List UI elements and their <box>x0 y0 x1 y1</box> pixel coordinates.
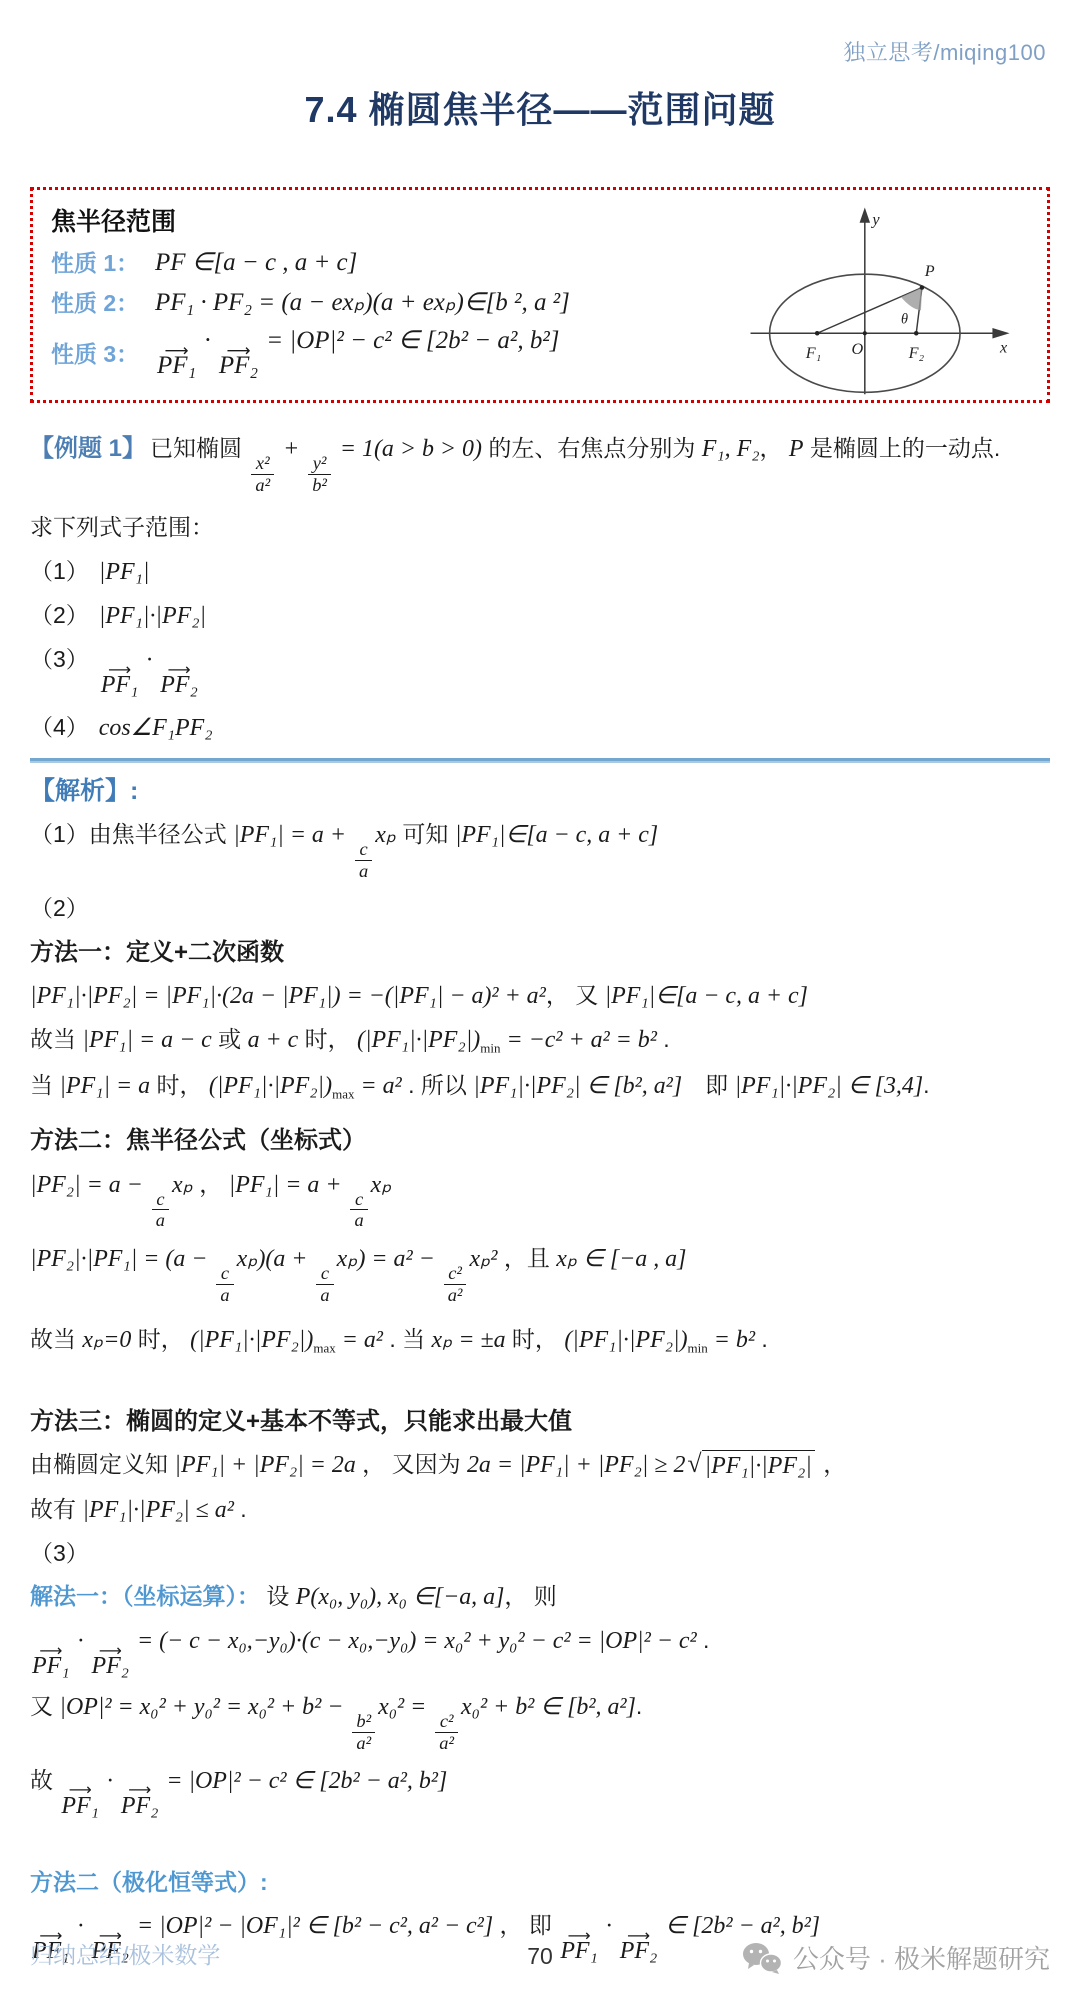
ellipse-figure: y x P θ O F₁ F₂ <box>731 198 1031 398</box>
example-item-number: （3） <box>30 646 89 672</box>
vector-term: ⟶PF₂ <box>121 1786 159 1818</box>
radical-icon: √ <box>687 1450 701 1477</box>
text-segment: . <box>697 1627 710 1653</box>
fraction-numerator: c <box>356 839 372 860</box>
analysis-line: （1）由焦半径公式 |PF₁| = a + caxₚ 可知 |PF₁|∈[a −… <box>30 820 1050 881</box>
analysis-line: （2） <box>30 894 1050 924</box>
fraction-numerator: c <box>351 1189 367 1210</box>
text-segment: 当 <box>30 1072 59 1098</box>
math-segment: xₚ² <box>469 1246 497 1272</box>
math-segment: xₚ)(a + <box>237 1246 314 1272</box>
text-segment: 方法一：定义+二次函数 <box>30 939 284 966</box>
text-segment: 由椭圆定义知 <box>30 1451 174 1477</box>
math-segment: = |OP|² − c² ∈ [2b² − a², b²] <box>260 327 559 354</box>
math-segment: xₚ=0 <box>82 1327 131 1353</box>
text-segment: 方法二：焦半径公式（坐标式） <box>30 1127 366 1154</box>
math-segment: · <box>101 1768 119 1794</box>
fraction-numerator: c² <box>444 1263 466 1284</box>
label-f2: F₂ <box>908 344 925 362</box>
text-segment: 或 <box>212 1026 248 1052</box>
text-segment: 是椭圆上的一动点. <box>804 435 1001 461</box>
text-segment: 时， <box>150 1072 209 1098</box>
math-segment: xₚ <box>371 1172 392 1198</box>
example-intro: 【例题 1】已知椭圆 x²a² + y²b² = 1(a > b > 0) 的左… <box>30 433 1050 495</box>
math-segment: (|PF₁|·|PF₂|) <box>564 1327 687 1353</box>
sub-label: min <box>688 1341 708 1356</box>
wechat-icon <box>741 1941 783 1975</box>
math-segment: = a² <box>336 1327 383 1353</box>
text-segment: 又 <box>30 1693 59 1719</box>
page-number: 70 <box>527 1943 553 1970</box>
analysis-line: 又 |OP|² = x₀² + y₀² = x₀² + b² − b²a²x₀²… <box>30 1692 1050 1753</box>
fraction: ca <box>316 1263 333 1305</box>
analysis-line: 当 |PF₁| = a 时， (|PF₁|·|PF₂|)max = a² . 所… <box>30 1071 1050 1103</box>
analysis-tag: 【解析】: <box>30 771 1050 807</box>
example-item: （1）|PF₁| <box>30 553 1050 586</box>
label-f1: F₁ <box>805 344 822 362</box>
sub-label: max <box>313 1341 335 1356</box>
inline-heading: 方法二（极化恒等式）: <box>30 1869 268 1895</box>
math-segment: |PF₁| + |PF₂| = 2a <box>174 1452 355 1478</box>
math-segment: x₀² + b² ∈ [b², a²] <box>461 1694 636 1720</box>
text-segment: 时， <box>298 1026 357 1052</box>
vector-term: ⟶PF₂ <box>160 666 198 698</box>
math-segment: = (− c − x₀,−y₀)·(c − x₀,−y₀) = x₀² + y₀… <box>131 1628 697 1654</box>
text-segment: 时， <box>506 1326 565 1352</box>
example-prompt: 求下列式子范围： <box>30 509 1050 542</box>
fraction: ca <box>216 1263 233 1305</box>
analysis-line: 方法一：定义+二次函数 <box>30 937 1050 968</box>
text-segment: ， 则 <box>504 1583 556 1609</box>
text-segment: ， <box>193 1171 229 1197</box>
text-segment: （2） <box>30 895 89 921</box>
math-segment: |PF₁| = a − c <box>82 1027 211 1053</box>
label-x: x <box>999 338 1008 356</box>
example-intro-text: 已知椭圆 x²a² + y²b² = 1(a > b > 0) 的左、右焦点分别… <box>150 435 1000 461</box>
fraction-numerator: y² <box>309 453 331 474</box>
math-segment: |PF₁|·|PF₂| = |PF₁|·(2a − |PF₁|) = −(|PF… <box>30 983 546 1009</box>
text-segment: 故当 <box>30 1026 82 1052</box>
point-p <box>920 285 925 290</box>
vector-body: PF₁ <box>61 1795 99 1819</box>
math-segment: x₀² = <box>378 1694 432 1720</box>
vector-term: ⟶PF₂ <box>219 346 258 379</box>
example-item-number: （1） <box>30 558 89 584</box>
math-segment: xₚ ∈ [−a , a] <box>556 1246 686 1272</box>
footer-account-label: 公众号 · 极米解题研究 <box>793 1939 1050 1976</box>
analysis-line: 故当 |PF₁| = a − c 或 a + c 时， (|PF₁|·|PF₂|… <box>30 1025 1050 1057</box>
vector-term: ⟶PF₁ <box>101 666 139 698</box>
analysis-line: （3） <box>30 1539 1050 1569</box>
fraction-denominator: b² <box>308 474 331 496</box>
text-segment: （3） <box>30 1540 89 1566</box>
vector-term: ⟶PF₂ <box>91 1647 129 1679</box>
text-segment: （1）由焦半径公式 <box>30 821 233 847</box>
math-segment: P(x₀, y₀), x₀ ∈[−a, a] <box>296 1584 505 1610</box>
math-segment: (|PF₁|·|PF₂|) <box>190 1327 313 1353</box>
math-segment: · <box>140 647 158 673</box>
y-axis-arrow <box>860 208 870 223</box>
math-segment: cos∠F₁PF₂ <box>99 715 213 741</box>
analysis-line: |PF₂| = a − caxₚ ， |PF₁| = a + caxₚ <box>30 1170 1050 1231</box>
math-segment: |PF₁| <box>99 559 150 585</box>
text-segment: 故 <box>30 1767 59 1793</box>
analysis-line: 解法一：（坐标运算）： 设 P(x₀, y₀), x₀ ∈[−a, a]， 则 <box>30 1582 1050 1613</box>
math-segment: (|PF₁|·|PF₂|) <box>209 1073 332 1099</box>
property-label: 性质 2： <box>51 285 155 318</box>
math-segment: |PF₂|·|PF₁| = (a − <box>30 1246 213 1272</box>
fraction-numerator: c <box>317 1263 333 1284</box>
fraction-numerator: b² <box>352 1711 375 1732</box>
sub-label: max <box>332 1087 354 1102</box>
math-segment: |PF₁|·|PF₂| ∈ [3,4] <box>735 1073 924 1099</box>
fraction: x²a² <box>251 453 274 495</box>
math-segment: PF₁ · PF₂ = (a − exₚ)(a + exₚ)∈[b ², a ²… <box>155 289 570 316</box>
vector-body: PF₁ <box>101 674 139 698</box>
analysis-line: 由椭圆定义知 |PF₁| + |PF₂| = 2a ， 又因为 2a = |PF… <box>30 1450 1050 1482</box>
math-segment: xₚ <box>172 1172 193 1198</box>
math-segment: 2a = |PF₁| + |PF₂| ≥ 2 <box>467 1452 685 1478</box>
label-p: P <box>924 262 935 280</box>
inline-heading: 解法一：（坐标运算）： <box>30 1583 260 1609</box>
property-label: 性质 3： <box>51 336 155 369</box>
math-segment: · <box>198 327 217 354</box>
analysis-line: 方法三：椭圆的定义+基本不等式，只能求出最大值 <box>30 1406 1050 1437</box>
example-item-number: （2） <box>30 602 89 628</box>
example-tag: 【例题 1】 <box>30 435 146 462</box>
fraction-numerator: c <box>217 1263 233 1284</box>
point-f2 <box>914 331 919 336</box>
math-segment: |PF₁| = a + <box>229 1172 348 1198</box>
analysis-line: |PF₁|·|PF₂| = |PF₁|·(2a − |PF₁|) = −(|PF… <box>30 981 1050 1012</box>
math-segment: = a² <box>355 1073 402 1099</box>
fraction-denominator: a <box>216 1284 233 1306</box>
ellipse-diagram: y x P θ O F₁ F₂ <box>731 198 1031 403</box>
math-segment: xₚ) = a² − <box>337 1246 441 1272</box>
fraction: ca <box>152 1189 169 1231</box>
sqrt-body: |PF₁|·|PF₂| <box>702 1450 815 1482</box>
vector-body: PF₂ <box>121 1795 159 1819</box>
fraction-denominator: a <box>350 1209 367 1231</box>
fraction-numerator: x² <box>252 453 274 474</box>
fraction-denominator: a <box>316 1284 333 1306</box>
math-segment: F₁, F₂ <box>702 436 760 462</box>
vector-term: ⟶PF₁ <box>32 1647 70 1679</box>
math-segment: xₚ <box>375 822 396 848</box>
fraction-numerator: c² <box>436 1711 458 1732</box>
text-segment: 可知 <box>396 821 455 847</box>
fraction-denominator: a² <box>435 1732 458 1754</box>
fraction: y²b² <box>308 453 331 495</box>
fraction: c²a² <box>435 1711 458 1753</box>
math-segment: |PF₁| = a <box>59 1073 150 1099</box>
text-segment: 方法三：椭圆的定义+基本不等式，只能求出最大值 <box>30 1408 572 1435</box>
property-label: 性质 1： <box>51 245 155 278</box>
analysis-lines: （1）由焦半径公式 |PF₁| = a + caxₚ 可知 |PF₁|∈[a −… <box>30 820 1050 1964</box>
text-segment: . <box>657 1026 670 1052</box>
math-segment: |PF₁|·|PF₂| <box>99 603 206 629</box>
math-segment: |PF₁| = a + <box>233 822 352 848</box>
math-segment: = 1(a > b > 0) <box>334 436 482 462</box>
sub-label: min <box>480 1041 500 1056</box>
text-segment: ， 又因为 <box>356 1451 467 1477</box>
example-item: （2）|PF₁|·|PF₂| <box>30 597 1050 630</box>
example-section: 【例题 1】已知椭圆 x²a² + y²b² = 1(a > b > 0) 的左… <box>30 433 1050 742</box>
example-item-list: （1）|PF₁|（2）|PF₁|·|PF₂|（3）⟶PF₁ · ⟶PF₂（4）c… <box>30 553 1050 741</box>
footer-source: 归纳总结/极米数学 <box>30 1937 220 1970</box>
math-segment: (|PF₁|·|PF₂|) <box>357 1027 480 1053</box>
math-segment: = −c² + a² = b² <box>500 1027 656 1053</box>
property-formula: PF ∈[a − c , a + c] <box>155 247 357 277</box>
analysis-line: 故有 |PF₁|·|PF₂| ≤ a² . <box>30 1495 1050 1526</box>
section-divider <box>30 758 1050 763</box>
text-segment: . <box>234 1496 247 1522</box>
math-segment: |OP|² = x₀² + y₀² = x₀² + b² − <box>59 1694 349 1720</box>
text-segment: . <box>923 1072 929 1098</box>
vector-body: PF₁ <box>157 354 196 379</box>
vector-term: ⟶PF₁ <box>61 1786 99 1818</box>
vector-body: PF₂ <box>91 1655 129 1679</box>
fraction-denominator: a² <box>444 1284 467 1306</box>
example-item: （3）⟶PF₁ · ⟶PF₂ <box>30 641 1050 697</box>
text-segment: . <box>755 1326 768 1352</box>
x-axis-arrow <box>992 328 1009 338</box>
footer-account: 公众号 · 极米解题研究 <box>741 1939 1050 1976</box>
text-segment: . <box>636 1693 642 1719</box>
math-segment: PF ∈[a − c , a + c] <box>155 249 357 276</box>
fraction-numerator: c <box>152 1189 168 1210</box>
math-segment: |PF₁|∈[a − c, a + c] <box>605 983 808 1009</box>
point-f1 <box>815 331 820 336</box>
fraction: b²a² <box>352 1711 375 1753</box>
analysis-line: |PF₂|·|PF₁| = (a − caxₚ)(a + caxₚ) = a² … <box>30 1244 1050 1305</box>
math-segment: xₚ = ±a <box>432 1327 506 1353</box>
property-formula: ⟶PF₁ · ⟶PF₂ = |OP|² − c² ∈ [2b² − a², b²… <box>155 325 560 379</box>
text-segment: ，且 <box>497 1245 556 1271</box>
fraction-denominator: a <box>355 860 372 882</box>
text-segment: 设 <box>260 1583 296 1609</box>
analysis-section: 【解析】: （1）由焦半径公式 |PF₁| = a + caxₚ 可知 |PF₁… <box>30 771 1050 1964</box>
math-segment: a + c <box>248 1027 299 1053</box>
vector-body: PF₂ <box>160 674 198 698</box>
point-origin <box>863 331 867 335</box>
analysis-line: 方法二（极化恒等式）: <box>30 1868 1050 1898</box>
angle-wedge <box>901 288 922 311</box>
text-segment: 已知椭圆 <box>150 435 248 461</box>
fraction-denominator: a² <box>352 1732 375 1754</box>
math-segment: + <box>277 436 305 462</box>
example-item-number: （4） <box>30 714 89 740</box>
fraction-denominator: a² <box>251 474 274 496</box>
math-segment: |PF₁|·|PF₂| ∈ [b², a²] <box>473 1073 682 1099</box>
text-segment: 故当 <box>30 1326 82 1352</box>
math-segment: |PF₁|·|PF₂| ≤ a² <box>82 1497 234 1523</box>
property-box: 焦半径范围 性质 1：PF ∈[a − c , a + c]性质 2：PF₁ ·… <box>30 187 1050 403</box>
math-segment: · <box>72 1628 90 1654</box>
label-o: O <box>851 340 863 358</box>
fraction-denominator: a <box>152 1209 169 1231</box>
fraction: ca <box>355 839 372 881</box>
text-segment: ， <box>760 435 789 461</box>
text-segment: ， 又 <box>546 982 605 1008</box>
text-segment: . 当 <box>383 1326 432 1352</box>
page-title: 7.4 椭圆焦半径——范围问题 <box>30 82 1050 133</box>
analysis-line: 故当 xₚ=0 时， (|PF₁|·|PF₂|)max = a² . 当 xₚ … <box>30 1325 1050 1357</box>
text-segment: 故有 <box>30 1496 82 1522</box>
analysis-line: 故 ⟶PF₁ · ⟶PF₂ = |OP|² − c² ∈ [2b² − a², … <box>30 1766 1050 1818</box>
math-segment: = b² <box>708 1327 755 1353</box>
math-segment: |PF₁|∈[a − c, a + c] <box>455 822 658 848</box>
analysis-line: ⟶PF₁ · ⟶PF₂ = (− c − x₀,−y₀)·(c − x₀,−y₀… <box>30 1626 1050 1678</box>
text-segment: ， <box>817 1451 846 1477</box>
text-segment: 的左、右焦点分别为 <box>482 435 702 461</box>
sqrt-term: √|PF₁|·|PF₂| <box>687 1450 814 1482</box>
label-y: y <box>870 211 880 229</box>
fraction: ca <box>350 1189 367 1231</box>
label-theta: θ <box>901 312 908 328</box>
analysis-line: 方法二：焦半径公式（坐标式） <box>30 1125 1050 1156</box>
vector-body: PF₂ <box>219 354 258 379</box>
example-item: （4）cos∠F₁PF₂ <box>30 709 1050 742</box>
math-segment: = |OP|² − c² ∈ [2b² − a², b²] <box>160 1768 447 1794</box>
text-segment: 时， <box>131 1326 190 1352</box>
math-segment: |PF₂| = a − <box>30 1172 149 1198</box>
vector-body: PF₁ <box>32 1655 70 1679</box>
watermark-text: 独立思考/miqing100 <box>843 36 1046 67</box>
math-segment: P <box>789 436 804 462</box>
fraction: c²a² <box>444 1263 467 1305</box>
page-footer: 归纳总结/极米数学 70 公众号 · 极米解题研究 <box>30 1932 1050 1976</box>
text-segment: 即 <box>682 1072 734 1098</box>
property-formula: PF₁ · PF₂ = (a − exₚ)(a + exₚ)∈[b ², a ²… <box>155 287 570 317</box>
vector-term: ⟶PF₁ <box>157 346 196 379</box>
text-segment: . 所以 <box>402 1072 474 1098</box>
